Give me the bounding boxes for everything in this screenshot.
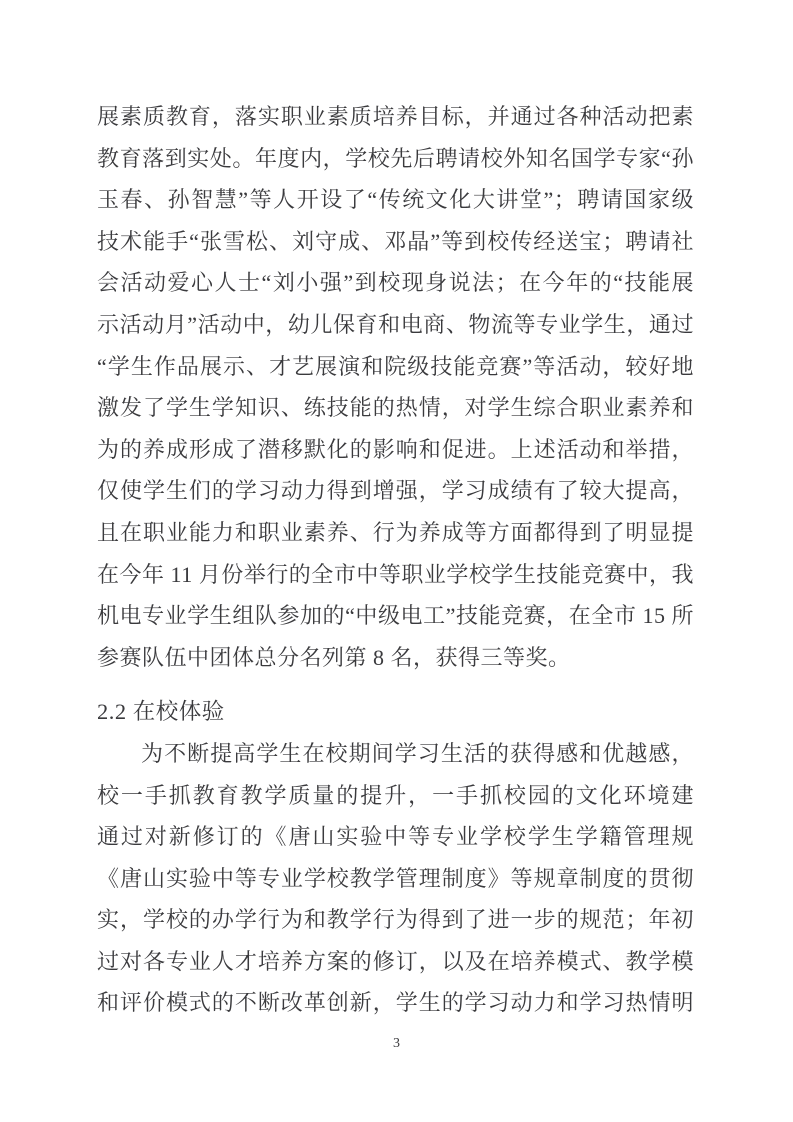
text-line: 玉春、孙智慧”等人开设了“传统文化大讲堂”；聘请国家级 [97,179,694,221]
text-line: 展素质教育，落实职业素质培养目标，并通过各种活动把素质 [97,96,694,138]
text-line: 在今年 11 月份举行的全市中等职业学校学生技能竞赛中，我校 [97,554,694,596]
text-line: 为的养成形成了潜移默化的影响和促进。上述活动和举措，不 [97,429,694,471]
text-line: 通过对新修订的《唐山实验中等专业学校学生学籍管理规定》、 [97,816,694,858]
text-line: 参赛队伍中团体总分名列第 8 名，获得三等奖。 [97,637,694,679]
document-page: 展素质教育，落实职业素质培养目标，并通过各种活动把素质教育落到实处。年度内，学校… [0,0,793,1122]
text-line: 校一手抓教育教学质量的提升，一手抓校园的文化环境建设。 [97,775,694,817]
text-line: 机电专业学生组队参加的“中级电工”技能竞赛，在全市 15 所 [97,595,694,637]
section-heading: 2.2 在校体验 [97,691,694,733]
text-line: 激发了学生学知识、练技能的热情，对学生综合职业素养和行 [97,387,694,429]
page-body: 展素质教育，落实职业素质培养目标，并通过各种活动把素质教育落到实处。年度内，学校… [97,96,694,1024]
text-line: 为不断提高学生在校期间学习生活的获得感和优越感，学 [97,733,694,775]
paragraph: 为不断提高学生在校期间学习生活的获得感和优越感，学校一手抓教育教学质量的提升，一… [97,733,694,1024]
text-line: 示活动月”活动中，幼儿保育和电商、物流等专业学生，通过 [97,304,694,346]
text-line: 仅使学生们的学习动力得到增强，学习成绩有了较大提高，而 [97,470,694,512]
text-line: “学生作品展示、才艺展演和院级技能竞赛”等活动，较好地 [97,346,694,388]
text-line: 过对各专业人才培养方案的修订，以及在培养模式、教学模式 [97,941,694,983]
text-line: 和评价模式的不断改革创新，学生的学习动力和学习热情明显 [97,982,694,1024]
text-line: 技术能手“张雪松、刘守成、邓晶”等到校传经送宝；聘请社 [97,221,694,263]
paragraph: 展素质教育，落实职业素质培养目标，并通过各种活动把素质教育落到实处。年度内，学校… [97,96,694,678]
page-number: 3 [0,1036,793,1052]
text-line: 实，学校的办学行为和教学行为得到了进一步的规范；年初通 [97,899,694,941]
text-line: 且在职业能力和职业素养、行为养成等方面都得到了明显提升。 [97,512,694,554]
text-line: 《唐山实验中等专业学校教学管理制度》等规章制度的贯彻落 [97,858,694,900]
text-line: 教育落到实处。年度内，学校先后聘请校外知名国学专家“孙 [97,138,694,180]
text-line: 会活动爱心人士“刘小强”到校现身说法；在今年的“技能展 [97,262,694,304]
